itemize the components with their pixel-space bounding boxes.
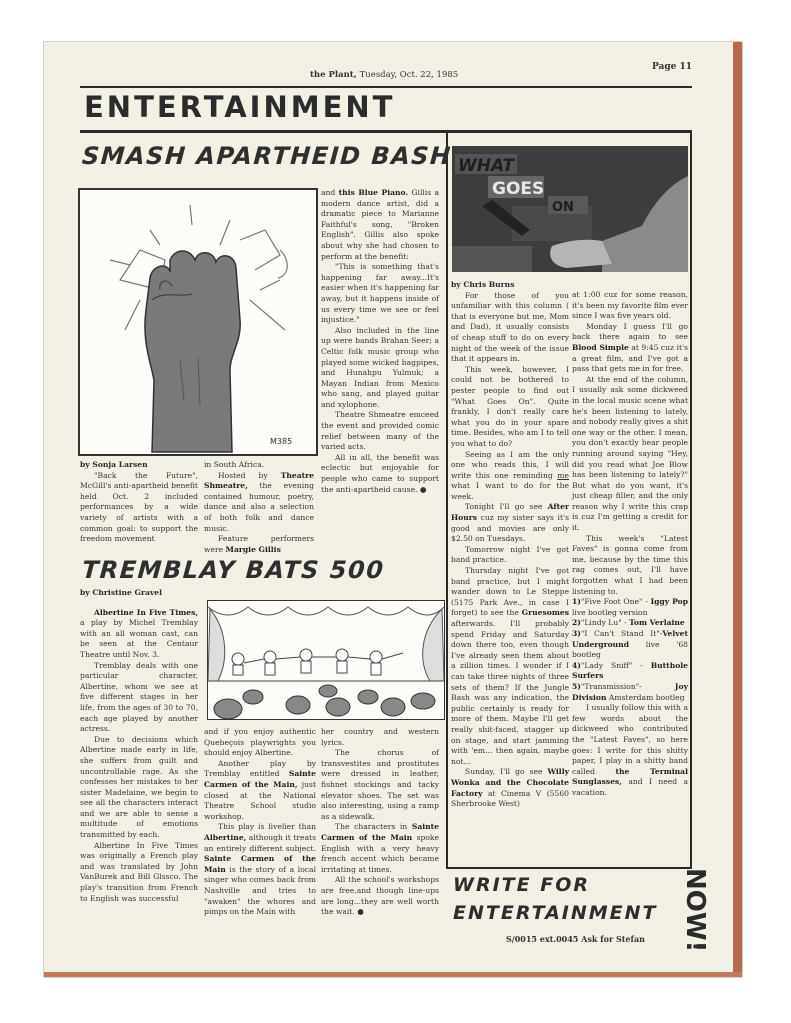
wgo-paragraph: This week, however, I could not be bothe…	[451, 365, 569, 450]
smash-paragraph: "Back the Future", McGill's anti-aparthe…	[80, 471, 198, 545]
smash-quote: "This is something that's happening far …	[321, 262, 439, 326]
masthead: the Plant, Tuesday, Oct. 22, 1985	[310, 70, 458, 80]
ad-line-2: ENTERTAINMENT	[453, 902, 658, 924]
smash-paragraph: in South Africa.	[204, 460, 314, 471]
end-mark-icon: ●	[357, 907, 364, 916]
paper-bottom-edge	[44, 972, 742, 977]
tremblay-paragraph: Albertine In Five Times, a play by Miche…	[80, 608, 198, 661]
smash-paragraph: Also included in the line up were bands …	[321, 326, 439, 411]
wgo-paragraph: For those of you unfamiliar with this co…	[451, 291, 569, 365]
now-text: NOW!	[680, 868, 710, 952]
masthead-rule	[80, 86, 692, 88]
tremblay-headline: TREMBLAY BATS 500	[81, 556, 385, 584]
wgo-paragraph: Monday I guess I'll go back there again …	[572, 322, 688, 375]
smash-headline: SMASH APARTHEID BASH	[81, 142, 453, 170]
tremblay-paragraph: The chorus of transvestites and prostitu…	[321, 748, 439, 822]
what-goes-on-photo: WHAT GOES ON	[452, 146, 688, 272]
latest-fave-item: 1)"Five Foot One" - Iggy Pop live bootle…	[572, 597, 688, 618]
svg-text:GOES: GOES	[492, 179, 544, 199]
smash-paragraph: All in all, the benefit was eclectic but…	[321, 453, 439, 495]
column-divider	[446, 133, 448, 869]
smash-column-2: in South Africa. Hosted by Theatre Shmea…	[204, 460, 314, 555]
section-title: ENTERTAINMENT	[84, 90, 395, 124]
tremblay-paragraph: and if you enjoy authentic Quebeçois pla…	[204, 727, 316, 759]
issue-date: Tuesday, Oct. 22, 1985	[360, 70, 459, 80]
wgo-bottom-rule	[446, 867, 692, 869]
wgo-paragraph: I usually follow this with a few words a…	[572, 703, 688, 798]
latest-fave-item: 2)"Lindy Lu" - Tom Verlaine	[572, 618, 688, 629]
wgo-column-2: at 1:00 cuz for some reason, it's been m…	[572, 290, 688, 799]
smash-paragraph: Theatre Shmeatre emceed the event and pr…	[321, 410, 439, 452]
latest-fave-item: 5)"Transmission"- Joy Division Amsterdam…	[572, 682, 688, 703]
tremblay-paragraph: Due to decisions which Albertine made ea…	[80, 735, 198, 841]
wgo-paragraph: at 1:00 cuz for some reason, it's been m…	[572, 290, 688, 322]
wgo-byline: by Chris Burns	[451, 280, 569, 291]
wgo-paragraph: Seeing as I am the only one who reads th…	[451, 450, 569, 503]
stage-illustration	[207, 600, 445, 720]
tremblay-paragraph: her country and western lyrics.	[321, 727, 439, 748]
tremblay-column-2: and if you enjoy authentic Quebeçois pla…	[204, 727, 316, 918]
section-rule	[80, 130, 692, 133]
ad-line-1: WRITE FOR	[453, 874, 590, 896]
paper-name: the Plant,	[310, 70, 357, 80]
tremblay-paragraph: All the school's workshops are free,and …	[321, 875, 439, 917]
wgo-paragraph: This week's "Latest Faves" is gonna come…	[572, 534, 688, 598]
tremblay-paragraph: Tremblay deals with one particular chara…	[80, 661, 198, 735]
tremblay-paragraph: Albertine In Five Times was originally a…	[80, 841, 198, 905]
smash-paragraph: Feature performers were Margie Gillis	[204, 534, 314, 555]
tremblay-byline: by Christine Gravel	[80, 588, 198, 599]
tremblay-column-3: her country and western lyrics. The chor…	[321, 727, 439, 918]
smash-paragraph: and this Blue Piano. Gillis a modern dan…	[321, 188, 439, 262]
tremblay-paragraph: This play is livelier than Albertine, al…	[204, 822, 316, 917]
wgo-paragraph: At the end of the column, I usually ask …	[572, 375, 688, 534]
wgo-paragraph: Tonight I'll go see After Hours cuz my s…	[451, 502, 569, 544]
page-number: Page 11	[652, 62, 692, 72]
latest-fave-item: 3)"I Can't Stand It"-Velvet Underground …	[572, 629, 688, 661]
wgo-paragraph: Tomorrow night I've got band practice.	[451, 545, 569, 566]
svg-text:WHAT: WHAT	[458, 156, 516, 176]
ad-now-vertical: NOW!	[680, 868, 710, 952]
raised-fist-breaking-chains-icon: M385	[80, 190, 316, 454]
theatre-stage-audience-icon	[208, 601, 444, 719]
latest-fave-item: 4)"Lady Sniff" - Butthole Surfers	[572, 661, 688, 682]
fist-illustration: M385	[78, 188, 318, 456]
paper-edge	[733, 42, 742, 977]
smash-byline: by Sonja Larsen	[80, 460, 198, 471]
svg-text:ON: ON	[552, 200, 574, 215]
end-mark-icon: ●	[420, 485, 427, 494]
tremblay-column-1: by Christine Gravel Albertine In Five Ti…	[80, 588, 198, 904]
right-border	[690, 133, 692, 869]
wgo-paragraph: Sunday, I'll go see Willy Wonka and the …	[451, 767, 569, 809]
tremblay-paragraph: Another play by Tremblay entitled Sainte…	[204, 759, 316, 823]
smash-column-1: by Sonja Larsen "Back the Future", McGil…	[80, 460, 198, 545]
wgo-column-1: by Chris Burns For those of you unfamili…	[451, 280, 569, 810]
svg-text:M385: M385	[270, 437, 292, 446]
ad-contact: S/0015 ext.0045 Ask for Stefan	[506, 934, 645, 944]
wgo-paragraph: Thursday night I've got band practice, b…	[451, 566, 569, 767]
tremblay-paragraph: The characters in Sainte Carmen of the M…	[321, 822, 439, 875]
smash-column-3: and this Blue Piano. Gillis a modern dan…	[321, 188, 439, 495]
smash-paragraph: Hosted by Theatre Shmeatre, the evening …	[204, 471, 314, 535]
hand-holding-gun-photo-icon: WHAT GOES ON	[452, 146, 688, 272]
